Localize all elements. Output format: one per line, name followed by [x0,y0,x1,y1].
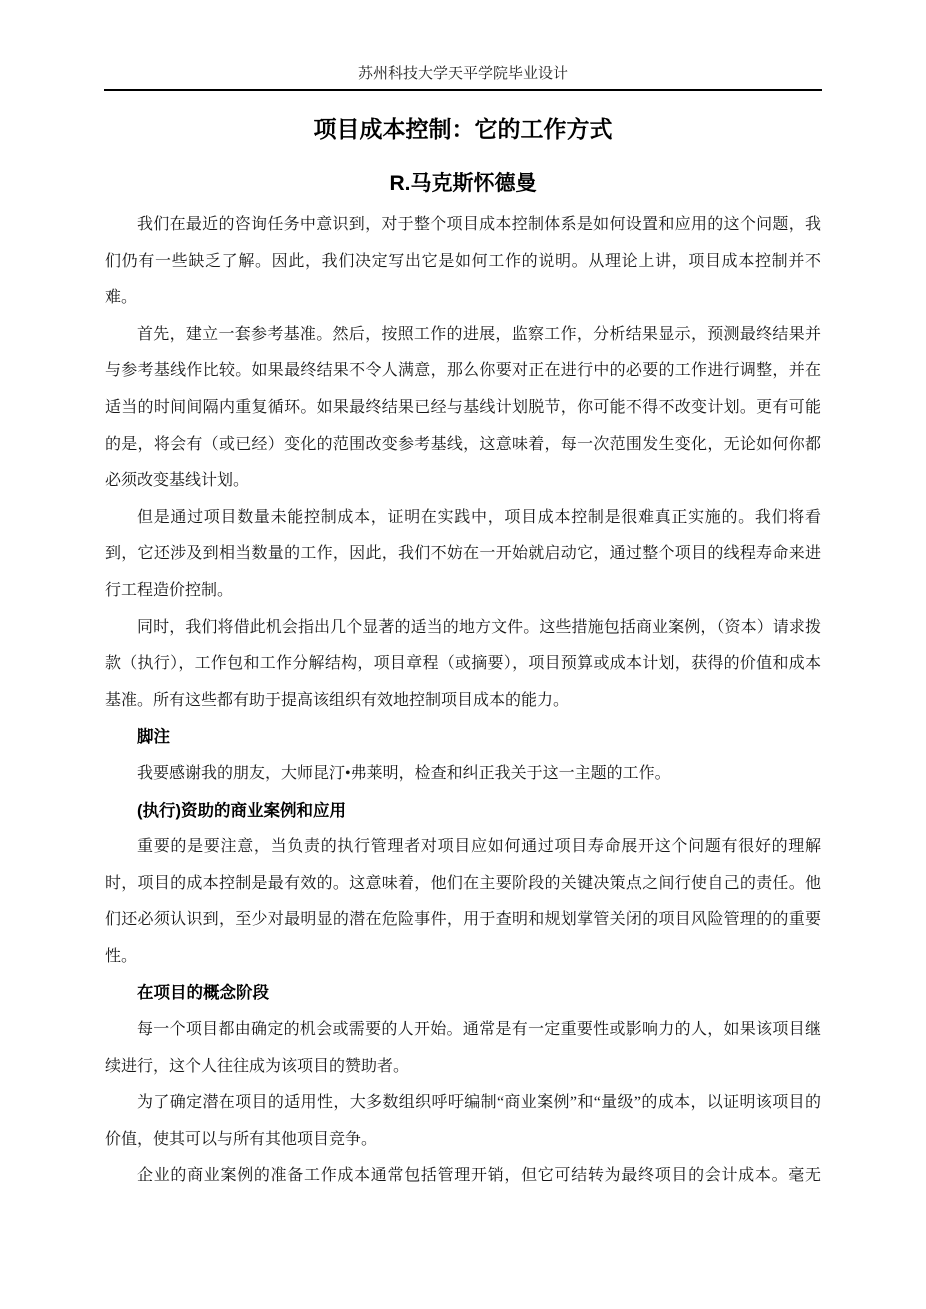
paragraph: 重要的是要注意，当负责的执行管理者对项目应如何通过项目寿命展开这个问题有很好的理… [105,829,821,975]
section-heading: (执行)资助的商业案例和应用 [105,793,821,830]
author-name: R.马克斯怀德曼 [105,169,821,198]
document-page: 苏州科技大学天平学院毕业设计 项目成本控制：它的工作方式 R.马克斯怀德曼 我们… [0,0,926,1309]
content-blocks: 我们在最近的咨询任务中意识到，对于整个项目成本控制体系是如何设置和应用的这个问题… [105,207,821,1195]
paragraph: 但是通过项目数量未能控制成本，证明在实践中，项目成本控制是很难真正实施的。我们将… [105,500,821,610]
paragraph-truncated: 企业的商业案例的准备工作成本通常包括管理开销，但它可结转为最终项目的会计成本。毫… [105,1158,821,1195]
paragraph: 我要感谢我的朋友，大师昆汀•弗莱明，检查和纠正我关于这一主题的工作。 [105,756,821,793]
section-heading: 脚注 [105,719,821,756]
section-heading: 在项目的概念阶段 [105,975,821,1012]
paragraph: 我们在最近的咨询任务中意识到，对于整个项目成本控制体系是如何设置和应用的这个问题… [105,207,821,317]
document-body: 项目成本控制：它的工作方式 R.马克斯怀德曼 我们在最近的咨询任务中意识到，对于… [105,92,821,1195]
document-title: 项目成本控制：它的工作方式 [105,114,821,144]
page-header: 苏州科技大学天平学院毕业设计 [104,64,822,91]
paragraph: 每一个项目都由确定的机会或需要的人开始。通常是有一定重要性或影响力的人，如果该项… [105,1012,821,1085]
paragraph: 首先，建立一套参考基准。然后，按照工作的进展，监察工作，分析结果显示，预测最终结… [105,317,821,500]
paragraph: 同时，我们将借此机会指出几个显著的适当的地方文件。这些措施包括商业案例，（资本）… [105,610,821,720]
paragraph: 为了确定潜在项目的适用性，大多数组织呼吁编制“商业案例”和“量级”的成本，以证明… [105,1085,821,1158]
